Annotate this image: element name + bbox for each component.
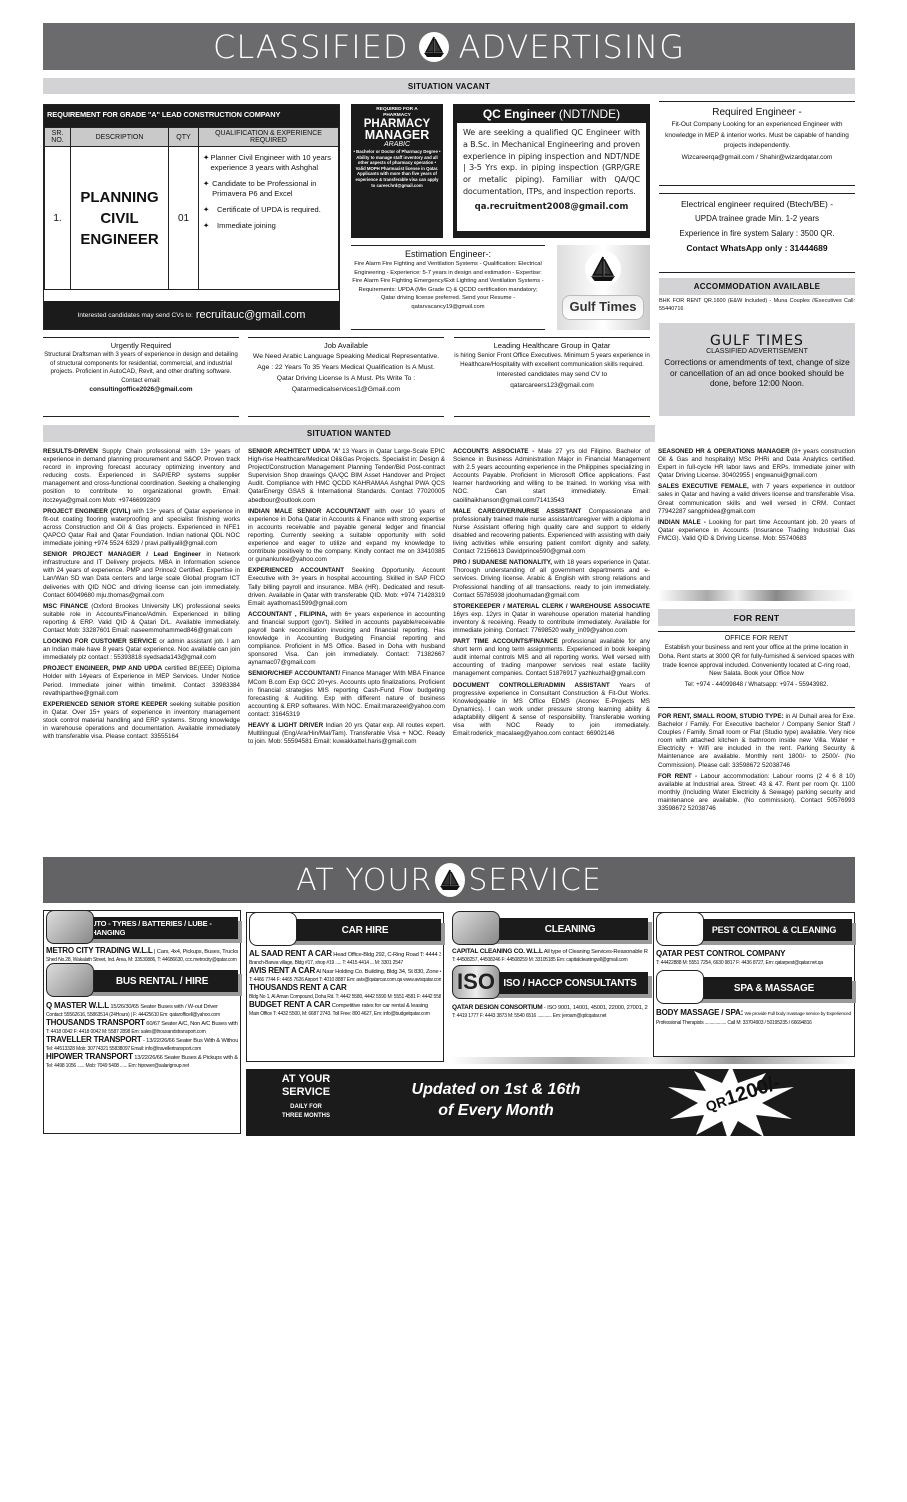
promo-month-line: of Every Month	[396, 1100, 596, 1121]
service-header-auto: AUTO - TYRES / BATTERIES / LUBE - CHANGI…	[46, 913, 238, 943]
estimation-body: Fire Alarm Fire Fighting and Ventilation…	[351, 260, 545, 312]
row-sr: 1.	[45, 147, 71, 290]
healthcare-line: Interested candidates may send CV to	[454, 369, 650, 380]
wanted-ad: INDIAN MALE SENIOR ACCOUNTANT with over …	[248, 508, 445, 565]
electrical-engineer-ad: Electrical engineer required (Btech/BE) …	[659, 193, 855, 273]
service-box-pest-spa: PEST CONTROL & CLEANING QATAR PEST CONTR…	[653, 912, 855, 1057]
wanted-column-2: SENIOR ARCHITECT UPDA 'A' 13 Years in Qa…	[248, 448, 445, 749]
gulf-times-notice: GULF TIMES CLASSIFIED ADVERTISEMENT Corr…	[659, 323, 855, 416]
divider-gradient	[450, 1057, 855, 1064]
lead-construction-ad: REQUIREMENT FOR GRADE "A" LEAD CONSTRUCT…	[43, 104, 340, 330]
rent-ad: FOR RENT - Labour accommodation: Labour …	[658, 773, 855, 813]
car-key-icon	[249, 912, 297, 946]
col-sr: SR. NO.	[45, 128, 71, 147]
section-situation-wanted: SITUATION WANTED	[43, 425, 655, 442]
promo-left4: THREE MONTHS	[262, 1112, 350, 1120]
req-eng-body: Fit-Out Company Looking for an experienc…	[659, 120, 855, 152]
service-line: Tel: 4498 1056 ...... Mob: 7049 5408 ...…	[46, 1062, 238, 1070]
pharmacy-top: REQUIRED FOR A PHARMACY	[353, 107, 441, 118]
wanted-ad: HEAVY & LIGHT DRIVER Indian 20 yrs Qatar…	[248, 722, 445, 746]
classified-banner: CLASSIFIED ADVERTISING	[43, 23, 855, 70]
service-label: CAR HIRE	[289, 919, 441, 941]
promo-bar: AT YOUR SERVICE DAILY FOR THREE MONTHS U…	[246, 1069, 855, 1136]
wanted-ad: SALES EXECUTIVE FEMALE, with 7 years exp…	[658, 483, 855, 515]
service-header-spa: SPA & MASSAGE	[656, 973, 852, 1003]
office-contact: Tel: +974 - 44099848 / Whatsapp: +974 - …	[658, 679, 855, 690]
service-line: T: 4419 1777 F: 4443 3873 M: 5540 6516 .…	[452, 1012, 648, 1020]
service-line: TRAVELLER TRANSPORT - 13/22/26/66 Seater…	[46, 1036, 238, 1045]
req-eng-contact[interactable]: Wizcareerqa@gmail.com / Shahir@wizardqat…	[659, 152, 855, 164]
service-line: AL SAAD RENT A CAR Head Office-Bldg 292,…	[249, 950, 441, 959]
service-line: THOUSANDS RENT A CAR	[249, 984, 441, 993]
wanted-ad: STOREKEEPER / MATERIAL CLERK / WAREHOUSE…	[453, 603, 650, 635]
rent-ad: FOR RENT, SMALL ROOM, STUDIO TYPE: in Al…	[658, 713, 855, 770]
requirement-item: Candidate to be Professional in Primaver…	[212, 179, 334, 199]
wanted-ad: SEASONED HR & OPERATIONS MANAGER (8+ yea…	[658, 448, 855, 480]
requirement-item: Immediate joining	[217, 221, 276, 231]
job-available-ad: Job Available We Need Arabic Language Sp…	[248, 337, 444, 417]
price-starburst: QR1200/-	[666, 1065, 796, 1140]
service-line: THOUSANDS TRANSPORT 60/67 Seater A/C, No…	[46, 1019, 238, 1028]
healthcare-body: is hiring Senior Front Office Executives…	[454, 351, 650, 369]
service-line: T: 4418 0042 F: 4418 0042 M: 5587 2898 E…	[46, 1028, 238, 1036]
electrical-line1: UPDA trainee grade Min. 1-2 years	[659, 211, 855, 226]
urgently-body: Structural Draftsman with 3 years of exp…	[43, 351, 239, 385]
dhow-boat-icon	[585, 251, 621, 287]
requirements-list: ✦Planner Civil Engineer with 10 years ex…	[199, 147, 339, 290]
urgently-required-ad: Urgently Required Structural Draftsman w…	[43, 337, 239, 417]
wanted-ad: RESULTS-DRIVEN Supply Chain professional…	[43, 448, 240, 505]
lead-construction-footer: Interested candidates may send CVs to: r…	[44, 301, 339, 329]
row-qty: 01	[169, 147, 199, 290]
requirement-item: Planner Civil Engineer with 10 years exp…	[211, 153, 334, 173]
qc-email[interactable]: qa.recruitment2008@gmail.com	[463, 202, 640, 212]
gulf-times-text: Gulf Times	[562, 295, 644, 320]
wanted-column-4: SEASONED HR & OPERATIONS MANAGER (8+ yea…	[658, 448, 855, 546]
urgently-email[interactable]: consultingoffice2026@gmail.com	[43, 385, 239, 395]
wanted-column-1: RESULTS-DRIVEN Supply Chain professional…	[43, 448, 240, 744]
estimation-title: Estimation Engineer-:	[351, 248, 545, 260]
section-accommodation: ACCOMMODATION AVAILABLE	[659, 278, 855, 295]
qc-engineer-ad: QC Engineer (NDT/NDE) We are seeking a q…	[453, 104, 650, 238]
lead-construction-title: REQUIREMENT FOR GRADE "A" LEAD CONSTRUCT…	[44, 105, 339, 127]
wanted-ad: PROJECT ENGINEER (CIVIL) with 13+ years …	[43, 508, 240, 548]
service-line: Q MASTER W.L.L 15/26/30/65 Seater Buses …	[46, 1002, 238, 1011]
service-banner-left: AT YOUR	[296, 863, 432, 898]
service-line: Bldg No 1, Al Aman Compound, Doha Rd. T:…	[249, 993, 441, 1001]
dhow-boat-icon	[435, 863, 465, 897]
promo-middle: Updated on 1st & 16th of Every Month	[396, 1079, 596, 1121]
wanted-ad: MSC FINANCE (Oxford Brookes University U…	[43, 603, 240, 635]
accommodation-ad: BHK FOR RENT QR.1600 (E&W Included) - Mu…	[659, 298, 855, 313]
rent-ads: FOR RENT, SMALL ROOM, STUDIO TYPE: in Al…	[658, 713, 855, 816]
service-header-cleaning: CLEANING	[452, 914, 648, 944]
requirement-table: SR. NO. DESCRIPTION QTY QUALIFICATION & …	[44, 127, 339, 290]
wanted-ad: ACCOUNTANT , FILIPINA, with 6+ years exp…	[248, 611, 445, 668]
service-line: T: 44422888 M: 5551 7254, 6630 9817 F: 4…	[656, 959, 852, 967]
electrical-line2: Experience in fire system Salary : 3500 …	[659, 226, 855, 241]
wanted-ad: PRO / SUDANESE NATIONALITY, with 18 year…	[453, 559, 650, 599]
col-qty: QTY	[169, 128, 199, 147]
wanted-ad: LOOKING FOR CUSTOMER SERVICE or admin as…	[43, 638, 240, 662]
massage-icon	[656, 970, 704, 1004]
service-line: Tel: 44513328 Mob: 30774321 55838097 Ema…	[46, 1045, 238, 1053]
wanted-ad: SENIOR PROJECT MANAGER / Lead Engineer i…	[43, 551, 240, 600]
service-line: Branch-Barwa village, Bldg #17, shop #19…	[249, 959, 441, 967]
qc-body: We are seeking a qualified QC Engineer w…	[463, 127, 640, 198]
wanted-ad: MALE CAREGIVER/NURSE ASSISTANT Compassio…	[453, 508, 650, 557]
requirement-item: Certificate of UPDA is required.	[217, 205, 321, 215]
service-header-iso: ISOISO / HACCP CONSULTANTS	[452, 968, 648, 998]
promo-left: AT YOUR SERVICE DAILY FOR THREE MONTHS	[262, 1073, 350, 1120]
promo-left3: DAILY FOR	[262, 1102, 350, 1112]
pharmacy-title2: MANAGER	[353, 130, 441, 141]
electrical-contact: Contact WhatsApp only : 31444689	[659, 241, 855, 256]
service-line: QATAR DESIGN CONSORTIUM - ISO 9001, 1400…	[452, 1004, 648, 1012]
office-for-rent-ad: OFFICE FOR RENT Establish your business …	[658, 631, 855, 708]
wanted-ad: PROJECT ENGINEER, PMP AND UPDA certified…	[43, 665, 240, 697]
at-your-service-banner: AT YOUR SERVICE	[43, 857, 855, 903]
service-box-cleaning-iso: CLEANING CAPITAL CLEANING CO. W.L.L All …	[450, 912, 650, 1052]
wanted-ad: INDIAN MALE - Looking for part time Acco…	[658, 519, 855, 543]
service-label: PEST CONTROL & CLEANING	[696, 919, 852, 941]
qc-title-rest: (NDT/NDE)	[559, 107, 620, 121]
service-header-bus: BUS RENTAL / HIRE	[46, 966, 238, 996]
pharmacy-manager-ad: REQUIRED FOR A PHARMACY PHARMACY MANAGER…	[351, 104, 443, 238]
car-photo-icon	[46, 910, 94, 944]
service-box-car-hire: CAR HIRE AL SAAD RENT A CAR Head Office-…	[246, 912, 444, 1062]
wanted-column-3: ACCOUNTS ASSOCIATE - Male 27 yrs old Fil…	[453, 448, 650, 741]
banner-title-left: CLASSIFIED	[213, 28, 409, 66]
service-line: METRO CITY TRADING W.L.L | Cars, 4x4, Pi…	[46, 947, 238, 956]
service-line: HIPOWER TRANSPORT 13/22/26/66 Seater Bus…	[46, 1053, 238, 1062]
banner-title-right: ADVERTISING	[459, 28, 685, 66]
dhow-boat-icon	[419, 32, 449, 62]
col-qualification: QUALIFICATION & EXPERIENCE REQUIRED	[199, 128, 339, 147]
service-label: BUS RENTAL / HIRE	[86, 970, 238, 992]
divider-gradient	[658, 590, 855, 601]
cleaning-photo-icon	[452, 911, 500, 945]
service-line: BODY MASSAGE / SPA: We provide Full body…	[656, 1009, 852, 1019]
service-label: SPA & MASSAGE	[696, 977, 852, 999]
service-line: T: 44508257, 44508246 F: 44508259 M: 331…	[452, 956, 648, 964]
pharmacy-lang: ARABIC	[353, 141, 441, 149]
service-line: Main Office T: 4432 5500, M: 6687 2743. …	[249, 1010, 441, 1018]
wanted-ad: DOCUMENT CONTROLLER/ADMIN ASSISTANT Year…	[453, 682, 650, 739]
promo-update-line: Updated on 1st & 16th	[396, 1079, 596, 1100]
service-line: AVIS RENT A CAR Al Nasr Holding Co. Buil…	[249, 967, 441, 976]
office-title: OFFICE FOR RENT	[658, 634, 855, 644]
row-description: PLANNING CIVIL ENGINEER	[71, 147, 169, 290]
service-header-car: CAR HIRE	[249, 915, 441, 945]
service-box-auto-bus: AUTO - TYRES / BATTERIES / LUBE - CHANGI…	[43, 910, 241, 1134]
req-eng-title: Required Engineer -	[659, 106, 855, 120]
estimation-engineer-ad: Estimation Engineer-: Fire Alarm Fire Fi…	[351, 245, 545, 330]
qc-body-box: We are seeking a qualified QC Engineer w…	[457, 123, 646, 231]
job-body: We Need Arabic Language Speaking Medical…	[248, 351, 444, 384]
iso-badge-icon: ISO	[452, 965, 500, 999]
bus-photo-icon	[46, 963, 94, 997]
section-situation-vacant: SITUATION VACANT	[43, 78, 855, 94]
pest-sprayer-icon	[656, 912, 704, 946]
service-line: CAPITAL CLEANING CO. W.L.L All type of C…	[452, 948, 648, 956]
qc-title: QC Engineer (NDT/NDE)	[457, 106, 646, 123]
gt-sub: CLASSIFIED ADVERTISEMENT	[659, 347, 855, 357]
service-line: BUDGET RENT A CAR Competitive rates for …	[249, 1001, 441, 1010]
wanted-ad: ACCOUNTS ASSOCIATE - Male 27 yrs old Fil…	[453, 448, 650, 505]
job-email[interactable]: Qatarmedicalservices1@Gmail.com	[248, 384, 444, 395]
healthcare-email[interactable]: qatarcareers123@gmail.com	[454, 380, 650, 391]
service-line: Professional Therapists ................…	[656, 1019, 852, 1027]
section-for-rent: FOR RENT	[658, 609, 855, 626]
electrical-title: Electrical engineer required (Btech/BE) …	[659, 197, 855, 211]
qc-title-bold: QC Engineer	[483, 107, 556, 121]
healthcare-ad: Leading Healthcare Group in Qatar is hir…	[454, 337, 650, 417]
service-label: AUTO - TYRES / BATTERIES / LUBE - CHANGI…	[86, 917, 238, 939]
gt-body: Corrections or amendments of text, chang…	[659, 357, 855, 389]
healthcare-title: Leading Healthcare Group in Qatar	[454, 340, 650, 351]
urgently-title: Urgently Required	[43, 340, 239, 351]
office-body: Establish your business and rent your of…	[658, 644, 855, 679]
wanted-ad: EXPERIENCED SENIOR STORE KEEPER seeking …	[43, 701, 240, 741]
footer-text: Interested candidates may send CVs to:	[78, 312, 193, 319]
service-line: T: 4466 7744 F: 4465 7626 Airport T: 401…	[249, 976, 441, 984]
wanted-ad: EXPERIENCED ACCOUNTANT Seeking Opportuni…	[248, 567, 445, 607]
promo-left1: AT YOUR	[262, 1073, 350, 1086]
service-line: QATAR PEST CONTROL COMPANY	[656, 950, 852, 959]
wanted-ad: SENIOR ARCHITECT UPDA 'A' 13 Years in Qa…	[248, 448, 445, 505]
wanted-ad: PART TIME ACCOUNTS/FINANCE professional …	[453, 638, 650, 678]
gulf-times-logo: Gulf Times	[557, 245, 650, 330]
required-engineer-ad: Required Engineer - Fit-Out Company Look…	[659, 101, 855, 186]
service-label: CLEANING	[492, 918, 648, 940]
service-banner-right: SERVICE	[468, 863, 601, 898]
recruit-email-link[interactable]: recruitauc@gmail.com	[196, 309, 306, 321]
service-label: ISO / HACCP CONSULTANTS	[492, 972, 648, 994]
service-line: Contact: 55562616, 55863514 (24Hours) | …	[46, 1011, 238, 1019]
promo-left2: SERVICE	[262, 1086, 350, 1099]
service-header-pest: PEST CONTROL & CLEANING	[656, 915, 852, 945]
wanted-ad: SENIOR/CHIEF ACCOUNTANT/ Finance Manager…	[248, 670, 445, 719]
pharmacy-body: • Bachelor or Doctor of Pharmacy Degree …	[353, 149, 441, 188]
job-title: Job Available	[248, 340, 444, 351]
col-description: DESCRIPTION	[71, 128, 169, 147]
gt-brand: GULF TIMES	[659, 335, 855, 347]
